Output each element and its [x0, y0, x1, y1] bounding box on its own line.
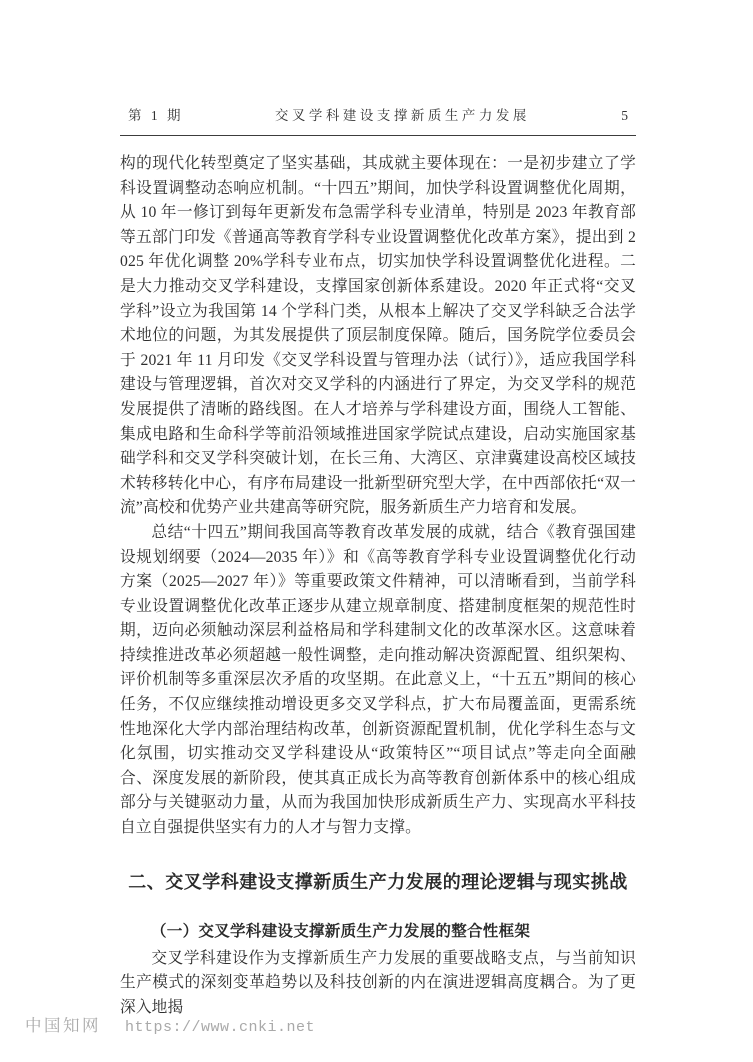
- cnki-watermark: 中国知网 https://www.cnki.net: [25, 1012, 315, 1036]
- article-body: 构的现代化转型奠定了坚实基础，其成就主要体现在：一是初步建立了学科设置调整动态响…: [120, 136, 636, 1020]
- page-number: 5: [621, 108, 628, 124]
- paragraph-framework-intro: 交叉学科建设作为支撑新质生产力发展的重要战略支点，与当前知识生产模式的深刻变革趋…: [120, 947, 636, 1021]
- subsection-heading: （一）交叉学科建设支撑新质生产力发展的整合性框架: [120, 919, 636, 941]
- cnki-site-name: 中国知网: [25, 1012, 101, 1036]
- page-content: 第 1 期 交叉学科建设支撑新质生产力发展 5 构的现代化转型奠定了坚实基础，其…: [120, 104, 636, 1020]
- running-title: 交叉学科建设支撑新质生产力发展: [275, 104, 530, 124]
- section-heading: 二、交叉学科建设支撑新质生产力发展的理论逻辑与现实挑战: [120, 868, 636, 894]
- cnki-site-url: https://www.cnki.net: [125, 1019, 315, 1036]
- issue-number: 第 1 期: [128, 104, 184, 124]
- paragraph-continuation: 构的现代化转型奠定了坚实基础，其成就主要体现在：一是初步建立了学科设置调整动态响…: [120, 152, 636, 521]
- page-header: 第 1 期 交叉学科建设支撑新质生产力发展 5: [120, 104, 636, 136]
- journal-page: 第 1 期 交叉学科建设支撑新质生产力发展 5 构的现代化转型奠定了坚实基础，其…: [0, 0, 753, 1062]
- paragraph-summary: 总结“十四五”期间我国高等教育改革发展的成就，结合《教育强国建设规划纲要（202…: [120, 521, 636, 841]
